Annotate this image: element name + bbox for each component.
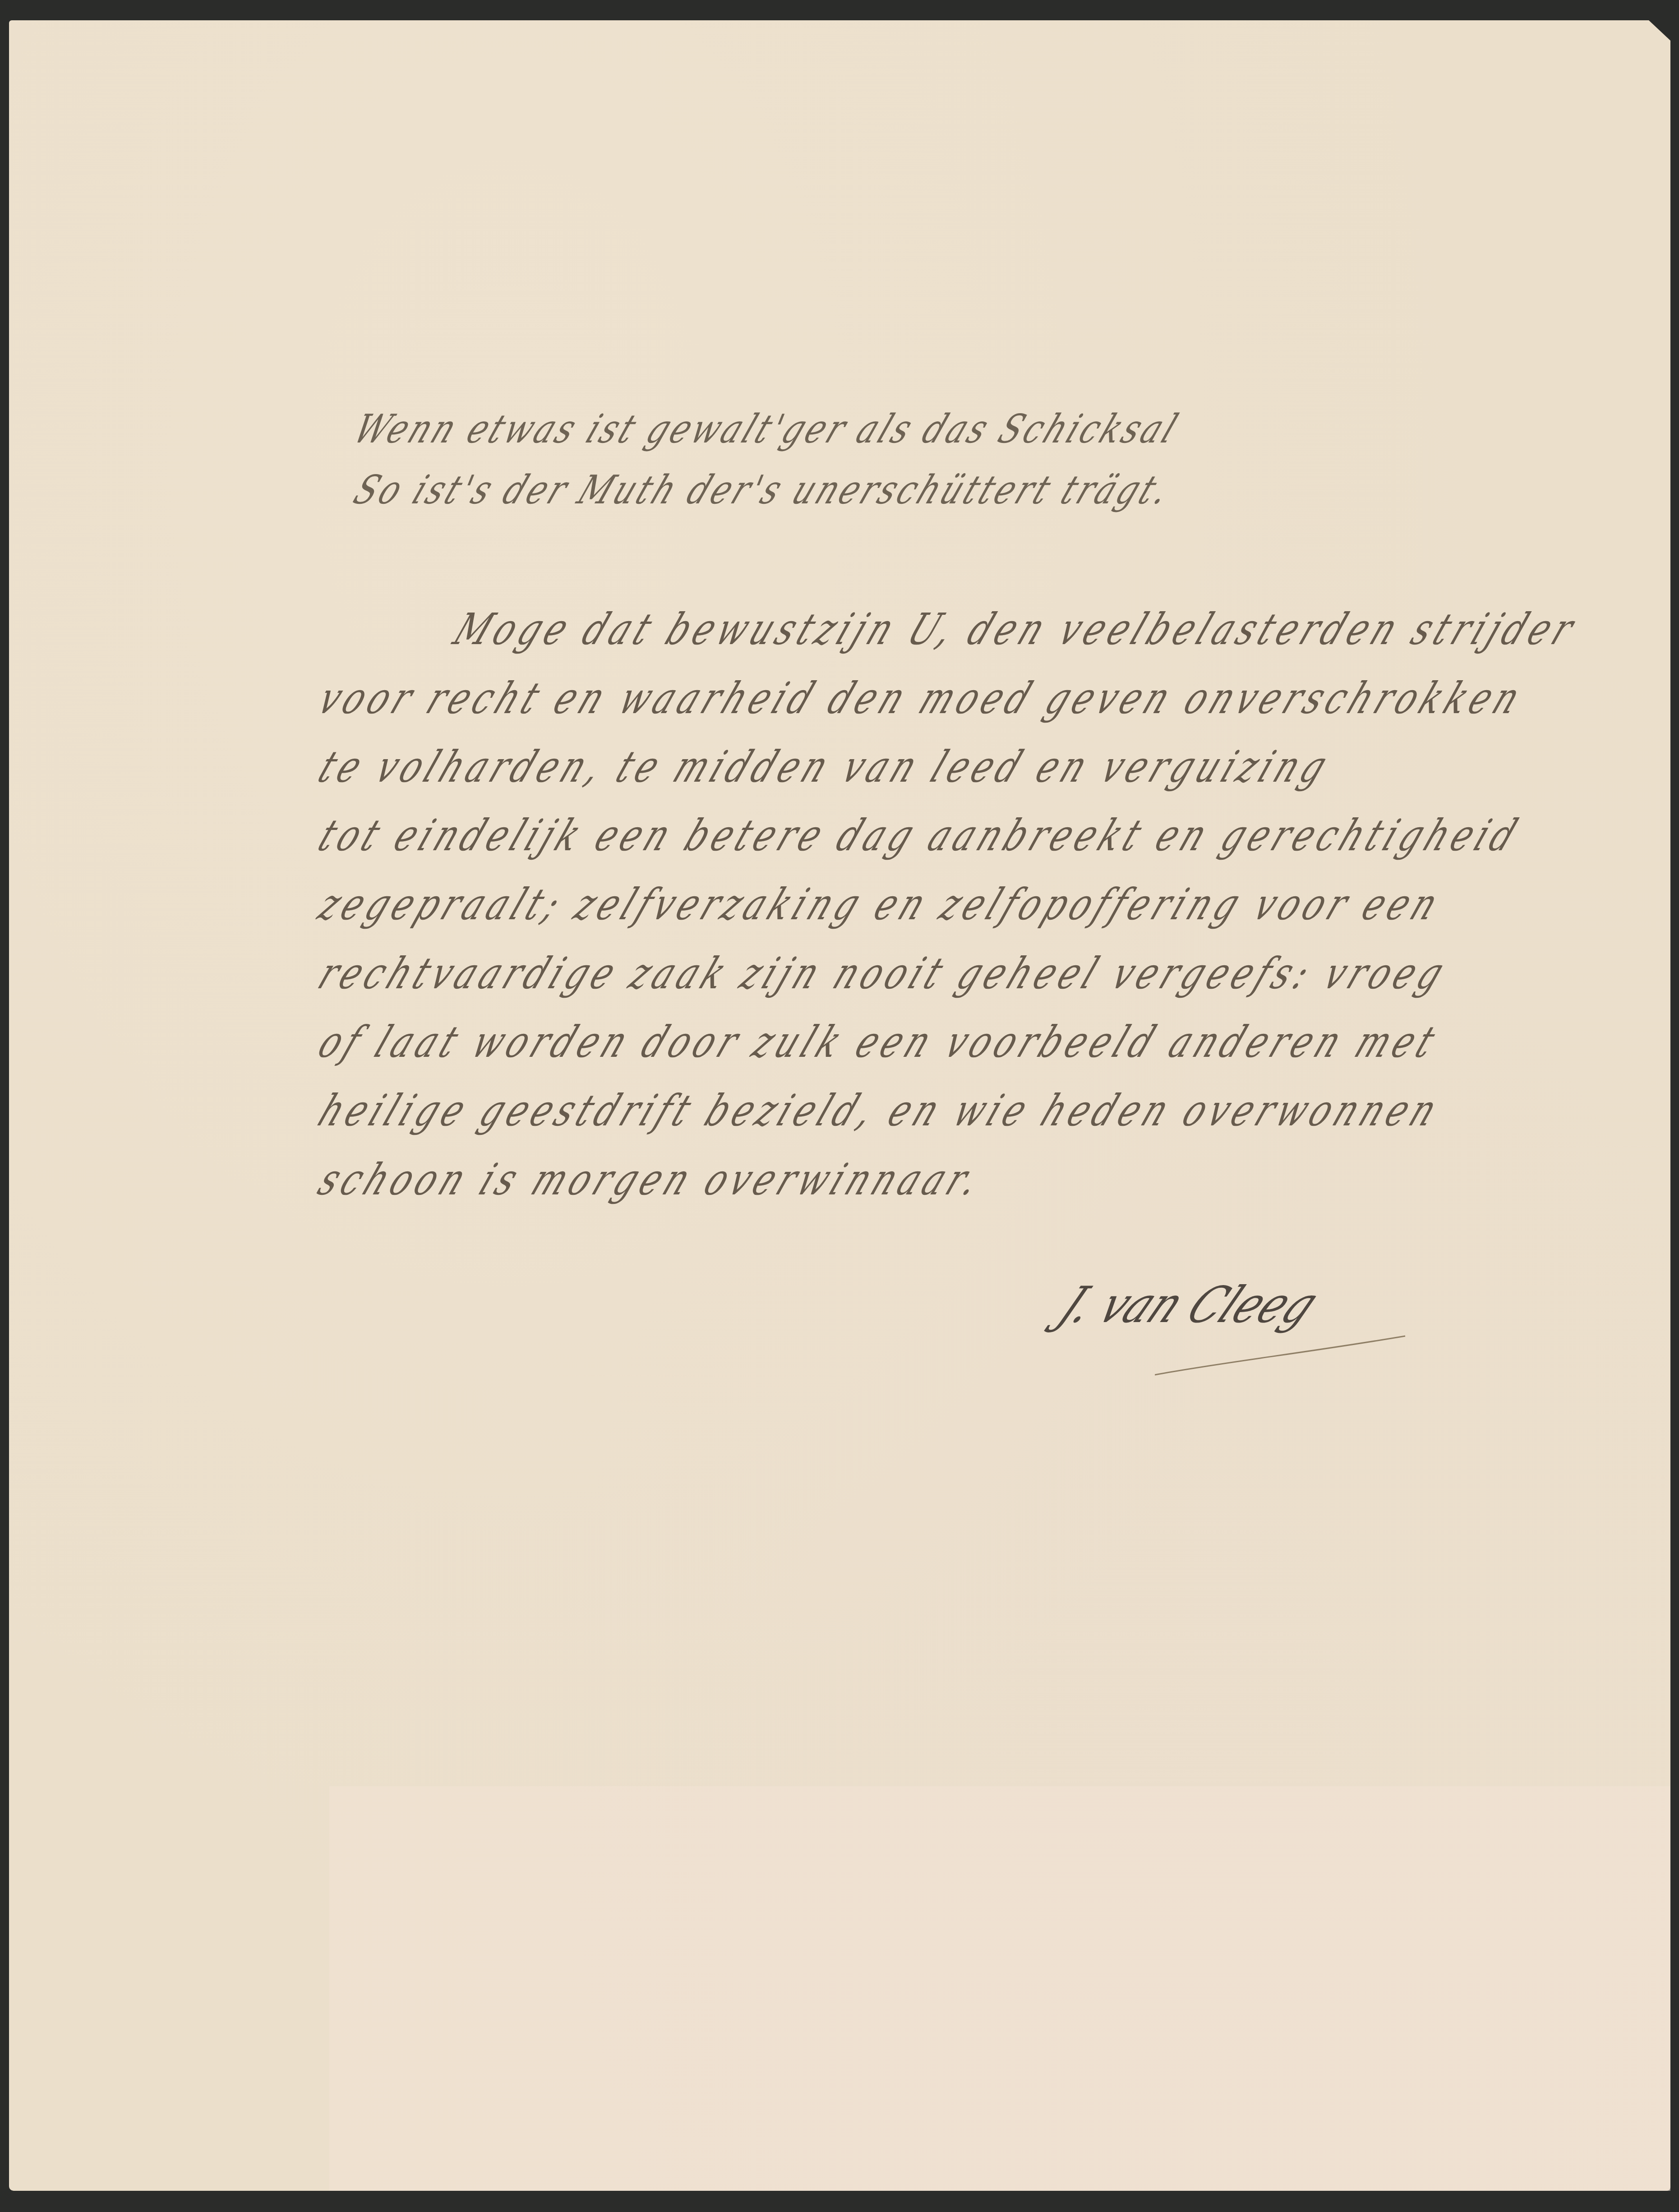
body-line-7: of laat worden door zulk een voorbeeld a…	[311, 1017, 1447, 1067]
body-line-6: rechtvaardige zaak zijn nooit geheel ver…	[311, 948, 1456, 999]
body-line-3: te volharden, te midden van leed en verg…	[311, 742, 1338, 792]
body-line-9: schoon is morgen overwinnaar.	[311, 1154, 991, 1205]
body-line-8: heilige geestdrift bezield, en wie heden…	[311, 1085, 1448, 1136]
epigraph-line-1: Wenn etwas ist gewalt'ger als das Schick…	[347, 406, 1186, 452]
body-line-2: voor recht en waarheid den moed geven on…	[311, 673, 1531, 724]
signature: J. van Cleeg	[1049, 1276, 1328, 1334]
signature-flourish-icon	[1155, 1335, 1407, 1376]
epigraph-line-2: So ist's der Muth der's unerschüttert tr…	[347, 467, 1179, 513]
paper-discoloration	[329, 1786, 1670, 2191]
body-line-1: Moge dat bewustzijn U, den veelbelasterd…	[447, 604, 1585, 654]
body-line-4: tot eindelijk een betere dag aanbreekt e…	[311, 810, 1528, 861]
body-line-5: zegepraalt; zelfverzaking en zelfopoffer…	[311, 879, 1449, 930]
